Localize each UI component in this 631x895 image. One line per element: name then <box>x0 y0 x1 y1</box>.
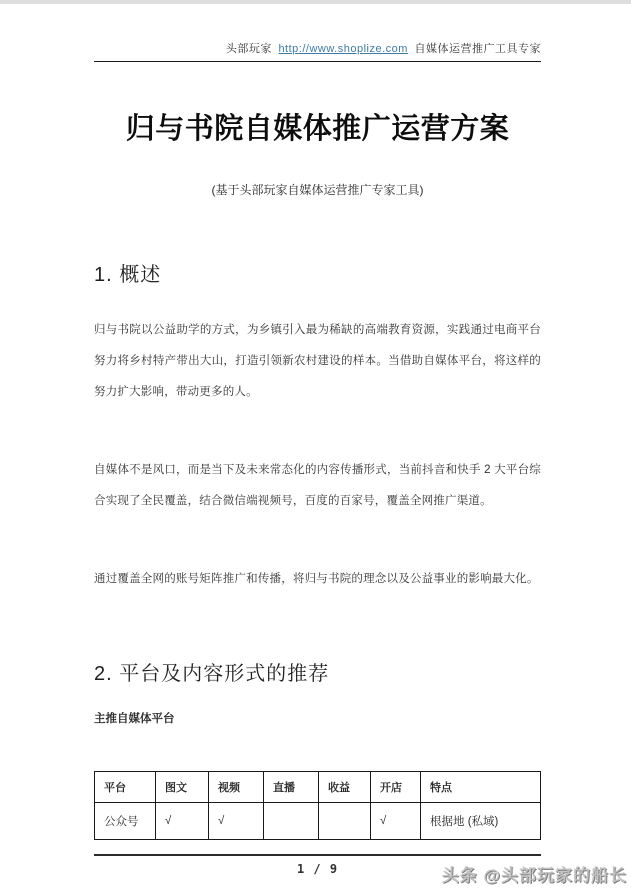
header-tagline: 自媒体运营推广工具专家 <box>415 43 542 55</box>
overview-paragraph-3: 通过覆盖全网的账号矩阵推广和传播，将归与书院的理念以及公益事业的影响最大化。 <box>94 564 541 595</box>
platform-sub-label: 主推自媒体平台 <box>94 710 541 726</box>
cell-shop-check: √ <box>371 803 421 840</box>
section-heading-overview: 1. 概述 <box>94 258 541 287</box>
table-header-shop: 开店 <box>371 772 421 803</box>
document-title: 归与书院自媒体推广运营方案 <box>94 106 541 147</box>
table-header-video: 视频 <box>209 772 264 803</box>
overview-paragraph-1: 归与书院以公益助学的方式，为乡镇引入最为稀缺的高端教育资源，实践通过电商平台努力… <box>94 315 541 408</box>
cell-platform: 公众号 <box>95 803 156 840</box>
table-header-live: 直播 <box>264 772 319 803</box>
document-page: 头部玩家 http://www.shoplize.com 自媒体运营推广工具专家… <box>94 4 541 876</box>
header-brand: 头部玩家 <box>226 43 272 55</box>
cell-features: 根据地 (私域) <box>421 803 541 840</box>
section-heading-platform: 2. 平台及内容形式的推荐 <box>94 657 541 686</box>
document-header: 头部玩家 http://www.shoplize.com 自媒体运营推广工具专家 <box>94 4 541 62</box>
document-subtitle: (基于头部玩家自媒体运营推广专家工具) <box>94 181 541 198</box>
cell-live <box>264 803 319 840</box>
cell-revenue <box>319 803 371 840</box>
table-row: 公众号 √ √ √ 根据地 (私域) <box>95 803 541 840</box>
toutiao-author-watermark: 头条 @头部玩家的船长 <box>442 861 627 886</box>
cell-articles-check: √ <box>156 803 209 840</box>
table-header-platform: 平台 <box>95 772 156 803</box>
platform-table: 平台 图文 视频 直播 收益 开店 特点 公众号 √ √ √ 根据地 (私域) <box>94 771 541 840</box>
table-header-articles: 图文 <box>156 772 209 803</box>
overview-paragraph-2: 自媒体不是风口，而是当下及未来常态化的内容传播形式，当前抖音和快手 2 大平台综… <box>94 455 541 517</box>
footer-divider <box>94 854 541 856</box>
header-url-link[interactable]: http://www.shoplize.com <box>278 43 408 55</box>
table-header-revenue: 收益 <box>319 772 371 803</box>
table-header-features: 特点 <box>421 772 541 803</box>
table-header-row: 平台 图文 视频 直播 收益 开店 特点 <box>95 772 541 803</box>
cell-video-check: √ <box>209 803 264 840</box>
